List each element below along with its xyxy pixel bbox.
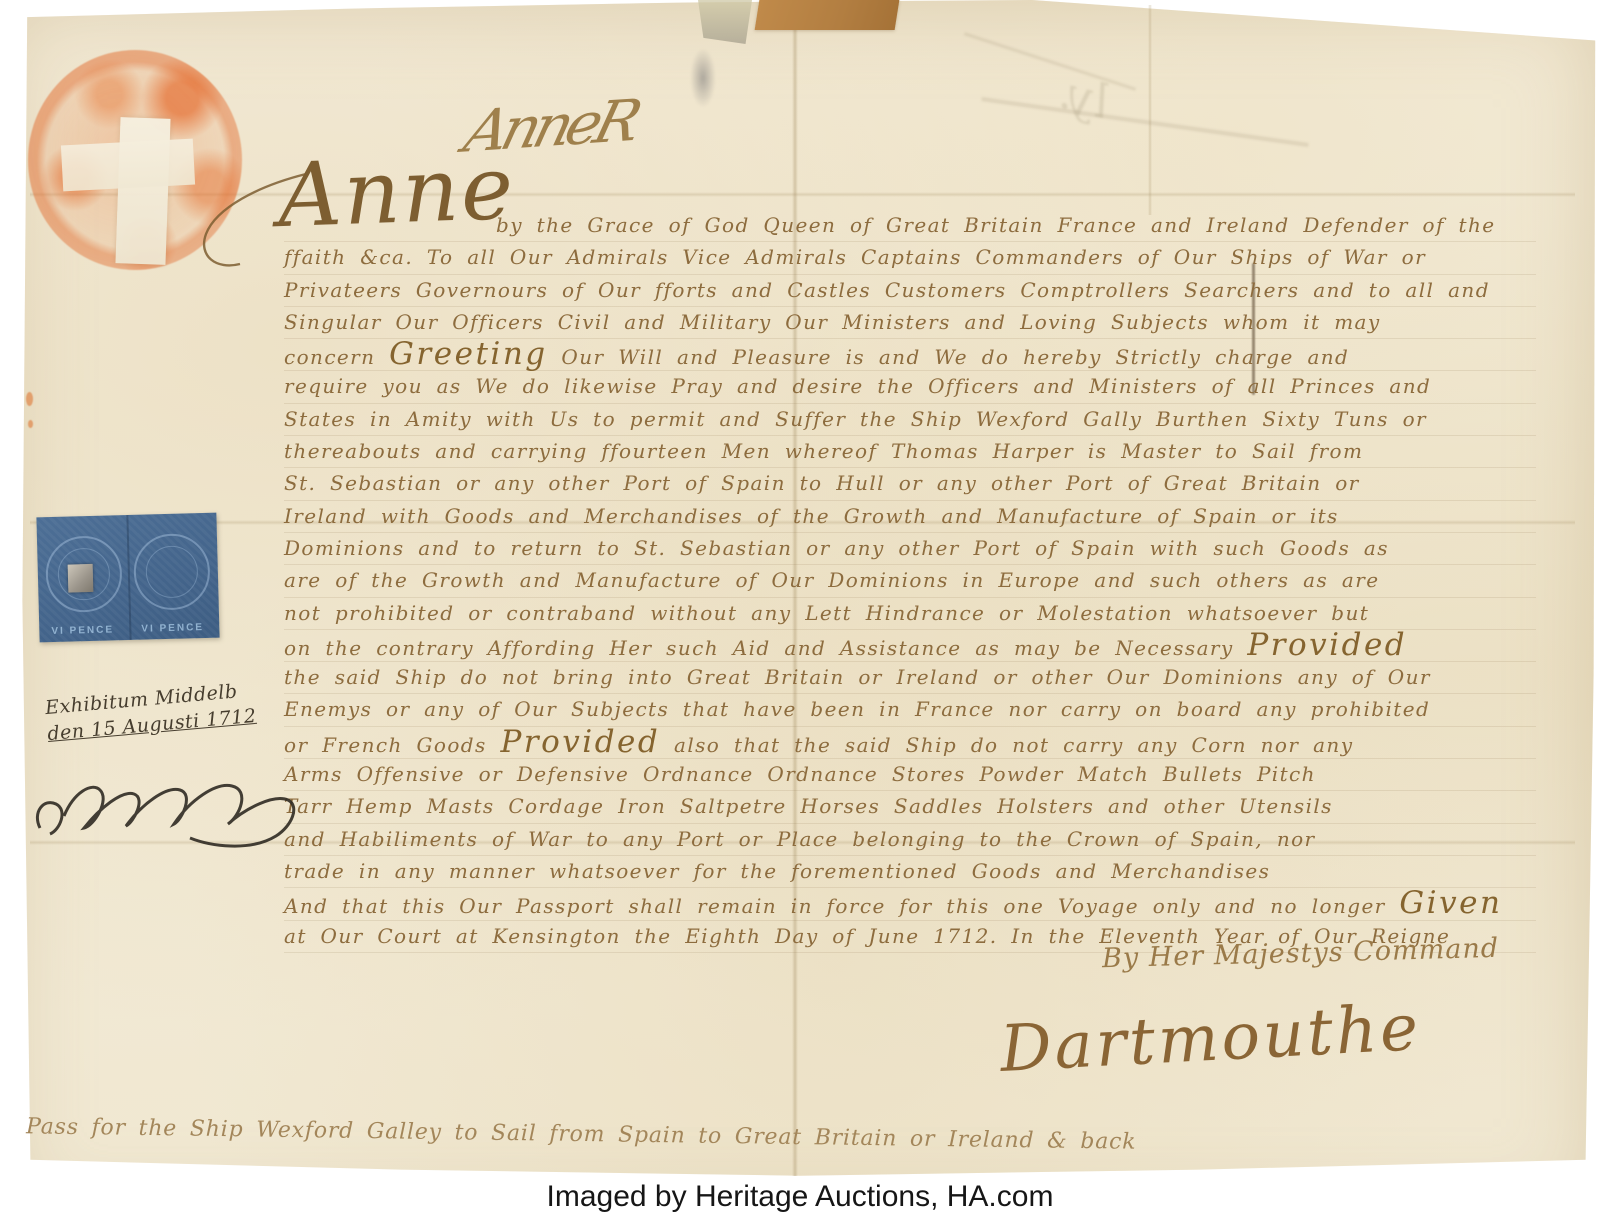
- manuscript-line: Ireland with Goods and Merchandises of t…: [284, 501, 1536, 533]
- orange-speck: [28, 420, 33, 428]
- stamp-denomination: VI PENCE: [51, 624, 114, 637]
- manuscript-line: require you as We do likewise Pray and d…: [284, 371, 1536, 403]
- stamp-embossing-right: [133, 533, 211, 611]
- manuscript-line: thereabouts and carrying ffourteen Men w…: [284, 436, 1536, 468]
- manuscript-line: are of the Growth and Manufacture of Our…: [284, 565, 1536, 597]
- photo-credit: Imaged by Heritage Auctions, HA.com: [0, 1180, 1600, 1214]
- manuscript-line: Tarr Hemp Masts Cordage Iron Saltpetre H…: [284, 791, 1536, 823]
- manuscript-body: by the Grace of God Queen of Great Brita…: [284, 210, 1536, 953]
- manuscript-line: And that this Our Passport shall remain …: [284, 888, 1536, 920]
- grey-smudge: [690, 48, 716, 108]
- manuscript-line: on the contrary Affording Her such Aid a…: [284, 630, 1536, 662]
- tape-residue: [755, 0, 900, 30]
- manuscript-line: by the Grace of God Queen of Great Brita…: [284, 210, 1536, 242]
- manuscript-line: Dominions and to return to St. Sebastian…: [284, 533, 1536, 565]
- manuscript-line: Singular Our Officers Civil and Military…: [284, 307, 1536, 339]
- vertical-fold-crease: [1148, 5, 1152, 215]
- revenue-stamp: VI PENCE VI PENCE: [36, 513, 219, 643]
- manuscript-line: trade in any manner whatsoever for the f…: [284, 856, 1536, 888]
- manuscript-line: States in Amity with Us to permit and Su…: [284, 404, 1536, 436]
- manuscript-line: concern Greeting Our Will and Pleasure i…: [284, 339, 1536, 371]
- clerk-signature: [30, 742, 310, 852]
- manuscript-line: Enemys or any of Our Subjects that have …: [284, 694, 1536, 726]
- manuscript-line: not prohibited or contraband without any…: [284, 598, 1536, 630]
- tape-residue-small: [698, 0, 752, 44]
- stamp-foil-square: [68, 564, 94, 593]
- manuscript-line: ffaith &ca. To all Our Admirals Vice Adm…: [284, 242, 1536, 274]
- orange-speck: [26, 392, 33, 406]
- stamp-denomination: VI PENCE: [141, 622, 204, 635]
- manuscript-line: Privateers Governours of Our fforts and …: [284, 275, 1536, 307]
- auction-photo: ly. AnneR Anne by the Grace of God Queen…: [0, 0, 1600, 1226]
- manuscript-line: St. Sebastian or any other Port of Spain…: [284, 468, 1536, 500]
- manuscript-line: the said Ship do not bring into Great Br…: [284, 662, 1536, 694]
- manuscript-line: Arms Offensive or Defensive Ordnance Ord…: [284, 759, 1536, 791]
- seal-paper-slip: [61, 139, 195, 192]
- manuscript-line: or French Goods Provided also that the s…: [284, 727, 1536, 759]
- manuscript-line: and Habiliments of War to any Port or Pl…: [284, 824, 1536, 856]
